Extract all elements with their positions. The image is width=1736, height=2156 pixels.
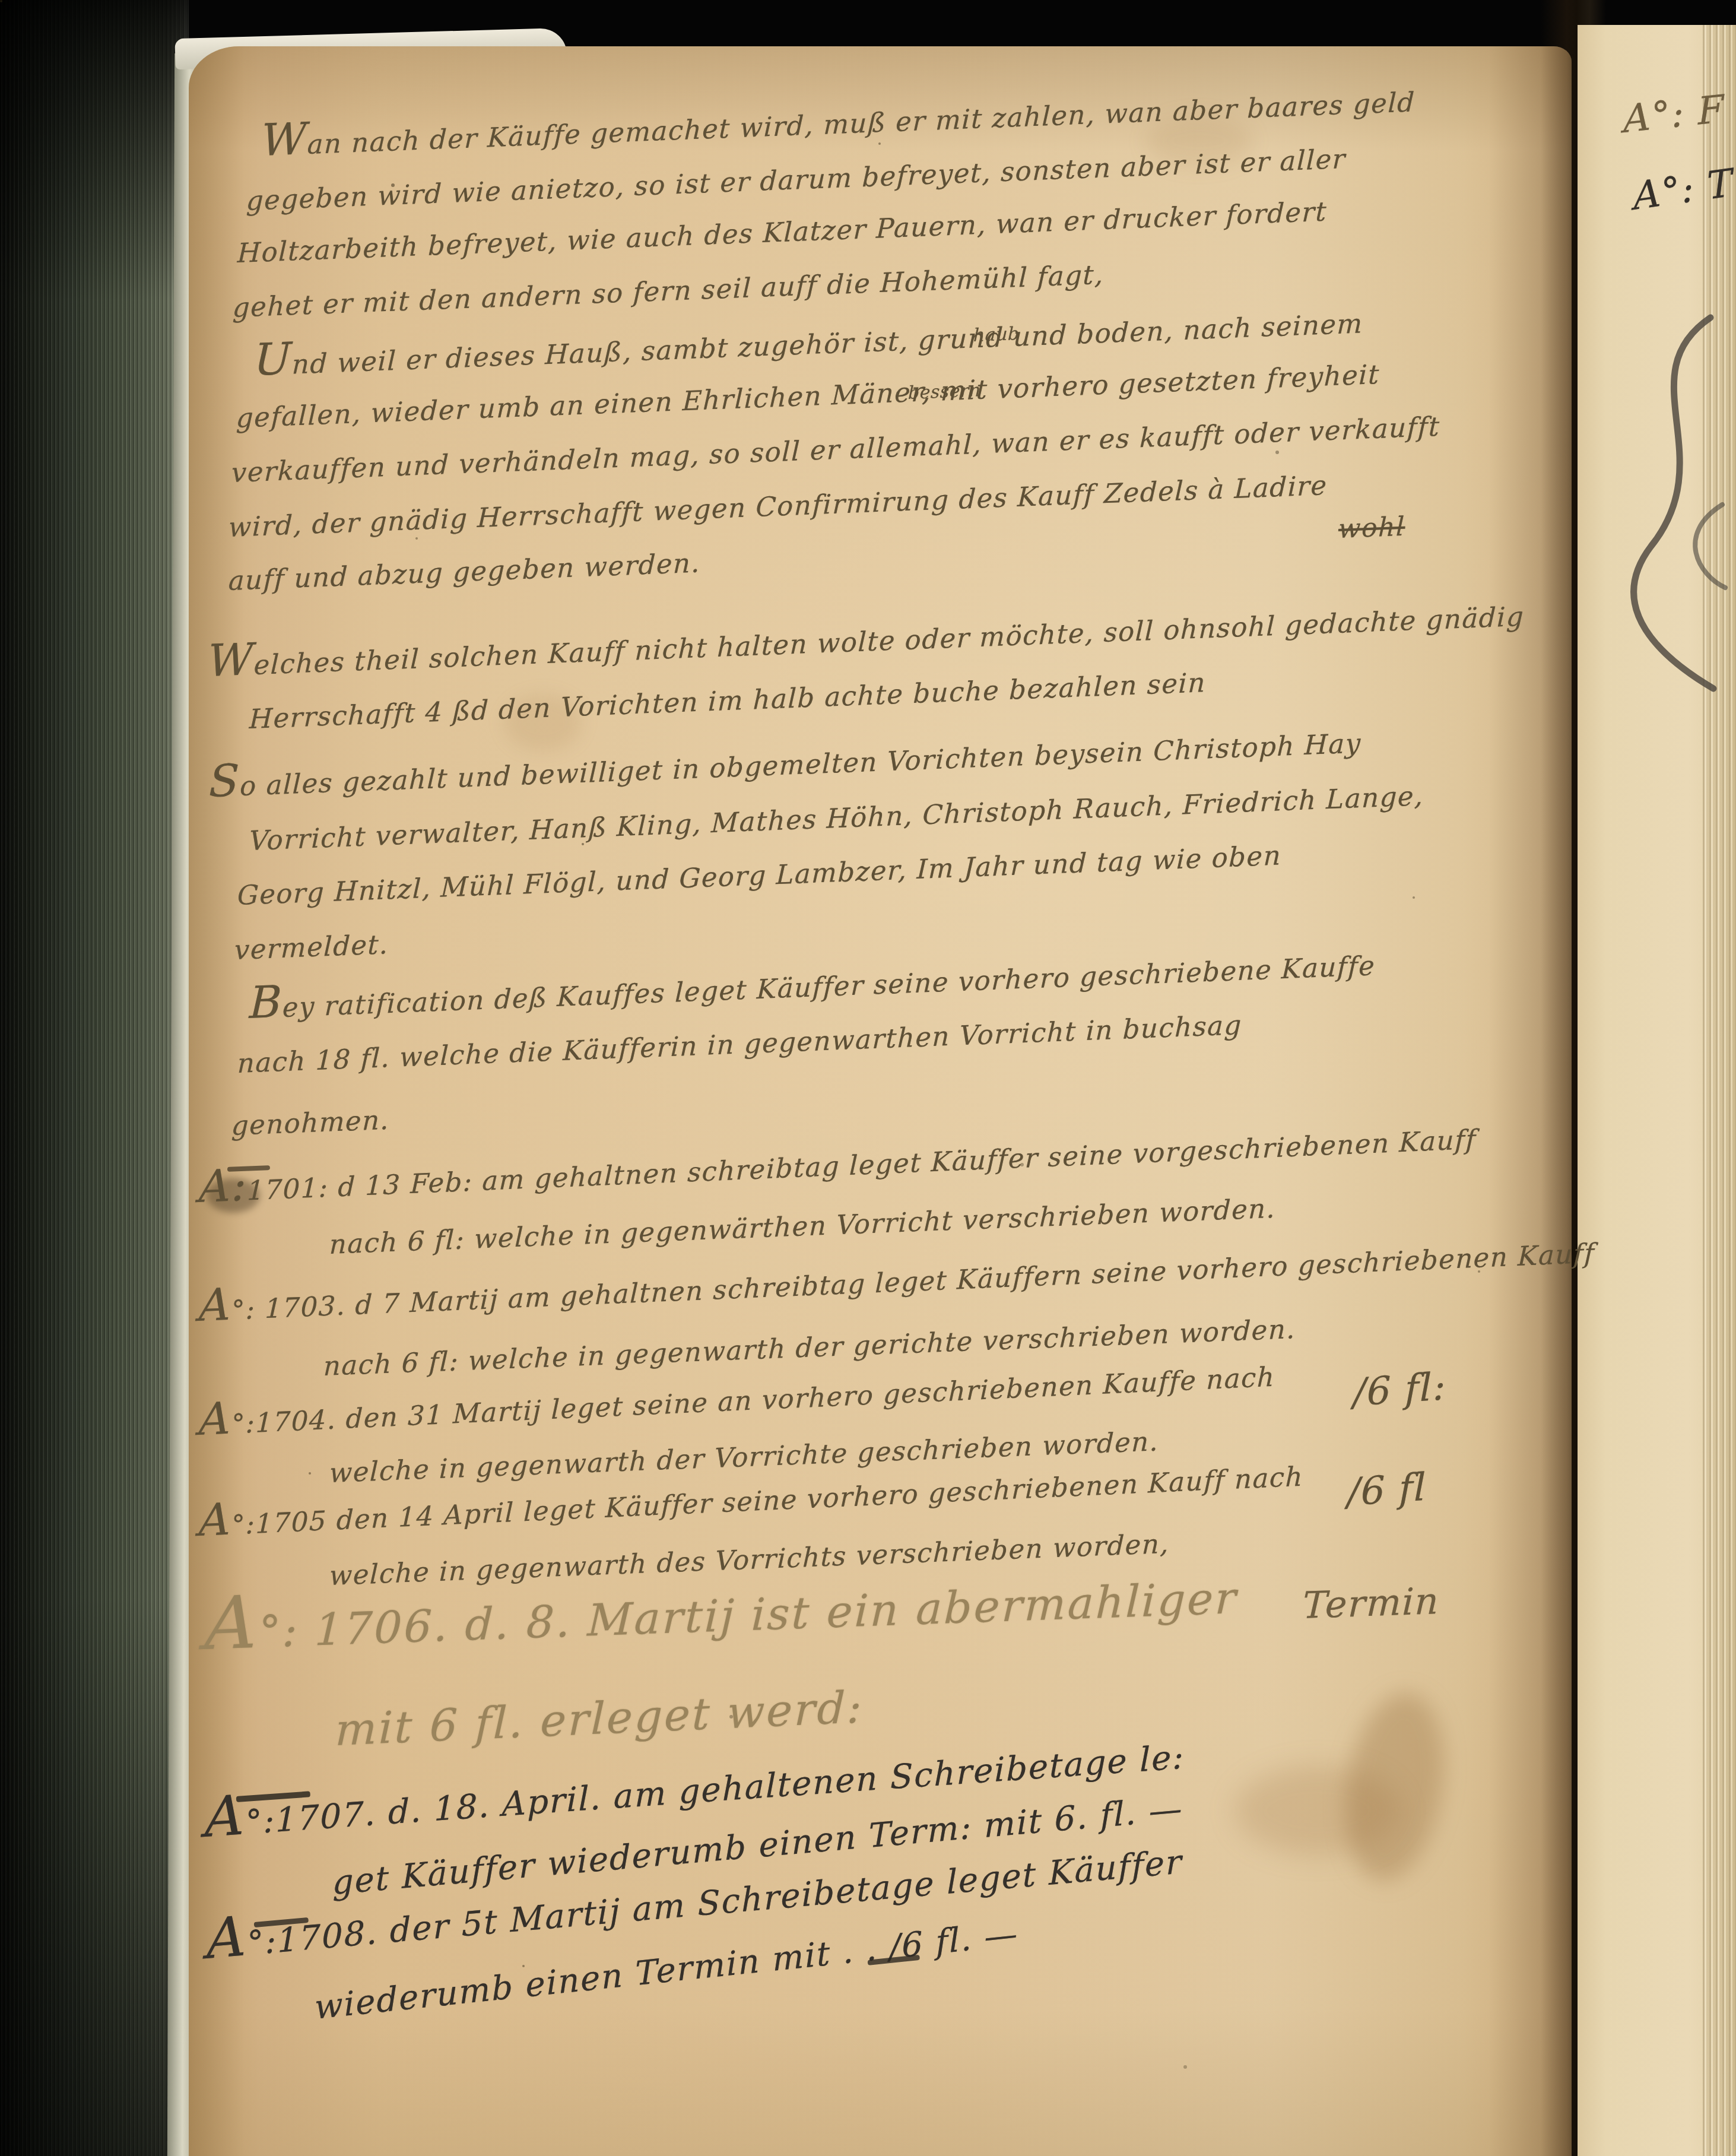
interlinear-addition: haub	[973, 324, 1020, 346]
text-line: genohmen.	[231, 1104, 390, 1142]
pen-flourish	[1574, 309, 1734, 700]
interlinear-addition: bessern	[907, 380, 981, 404]
book-fore-edge	[0, 0, 189, 2156]
manuscript-scan: Wan nach der Käuffe gemachet wird, muß e…	[0, 0, 1736, 2156]
entry-1704-amount: /6 fl:	[1353, 1365, 1446, 1415]
text-line: vermeldet.	[234, 928, 389, 966]
paper-flecks	[0, 0, 2, 2]
entry-1706-termin: Termin	[1302, 1579, 1440, 1627]
struck-word: wohl	[1338, 512, 1405, 544]
entry-1705-amount: /6 fl	[1347, 1466, 1427, 1515]
